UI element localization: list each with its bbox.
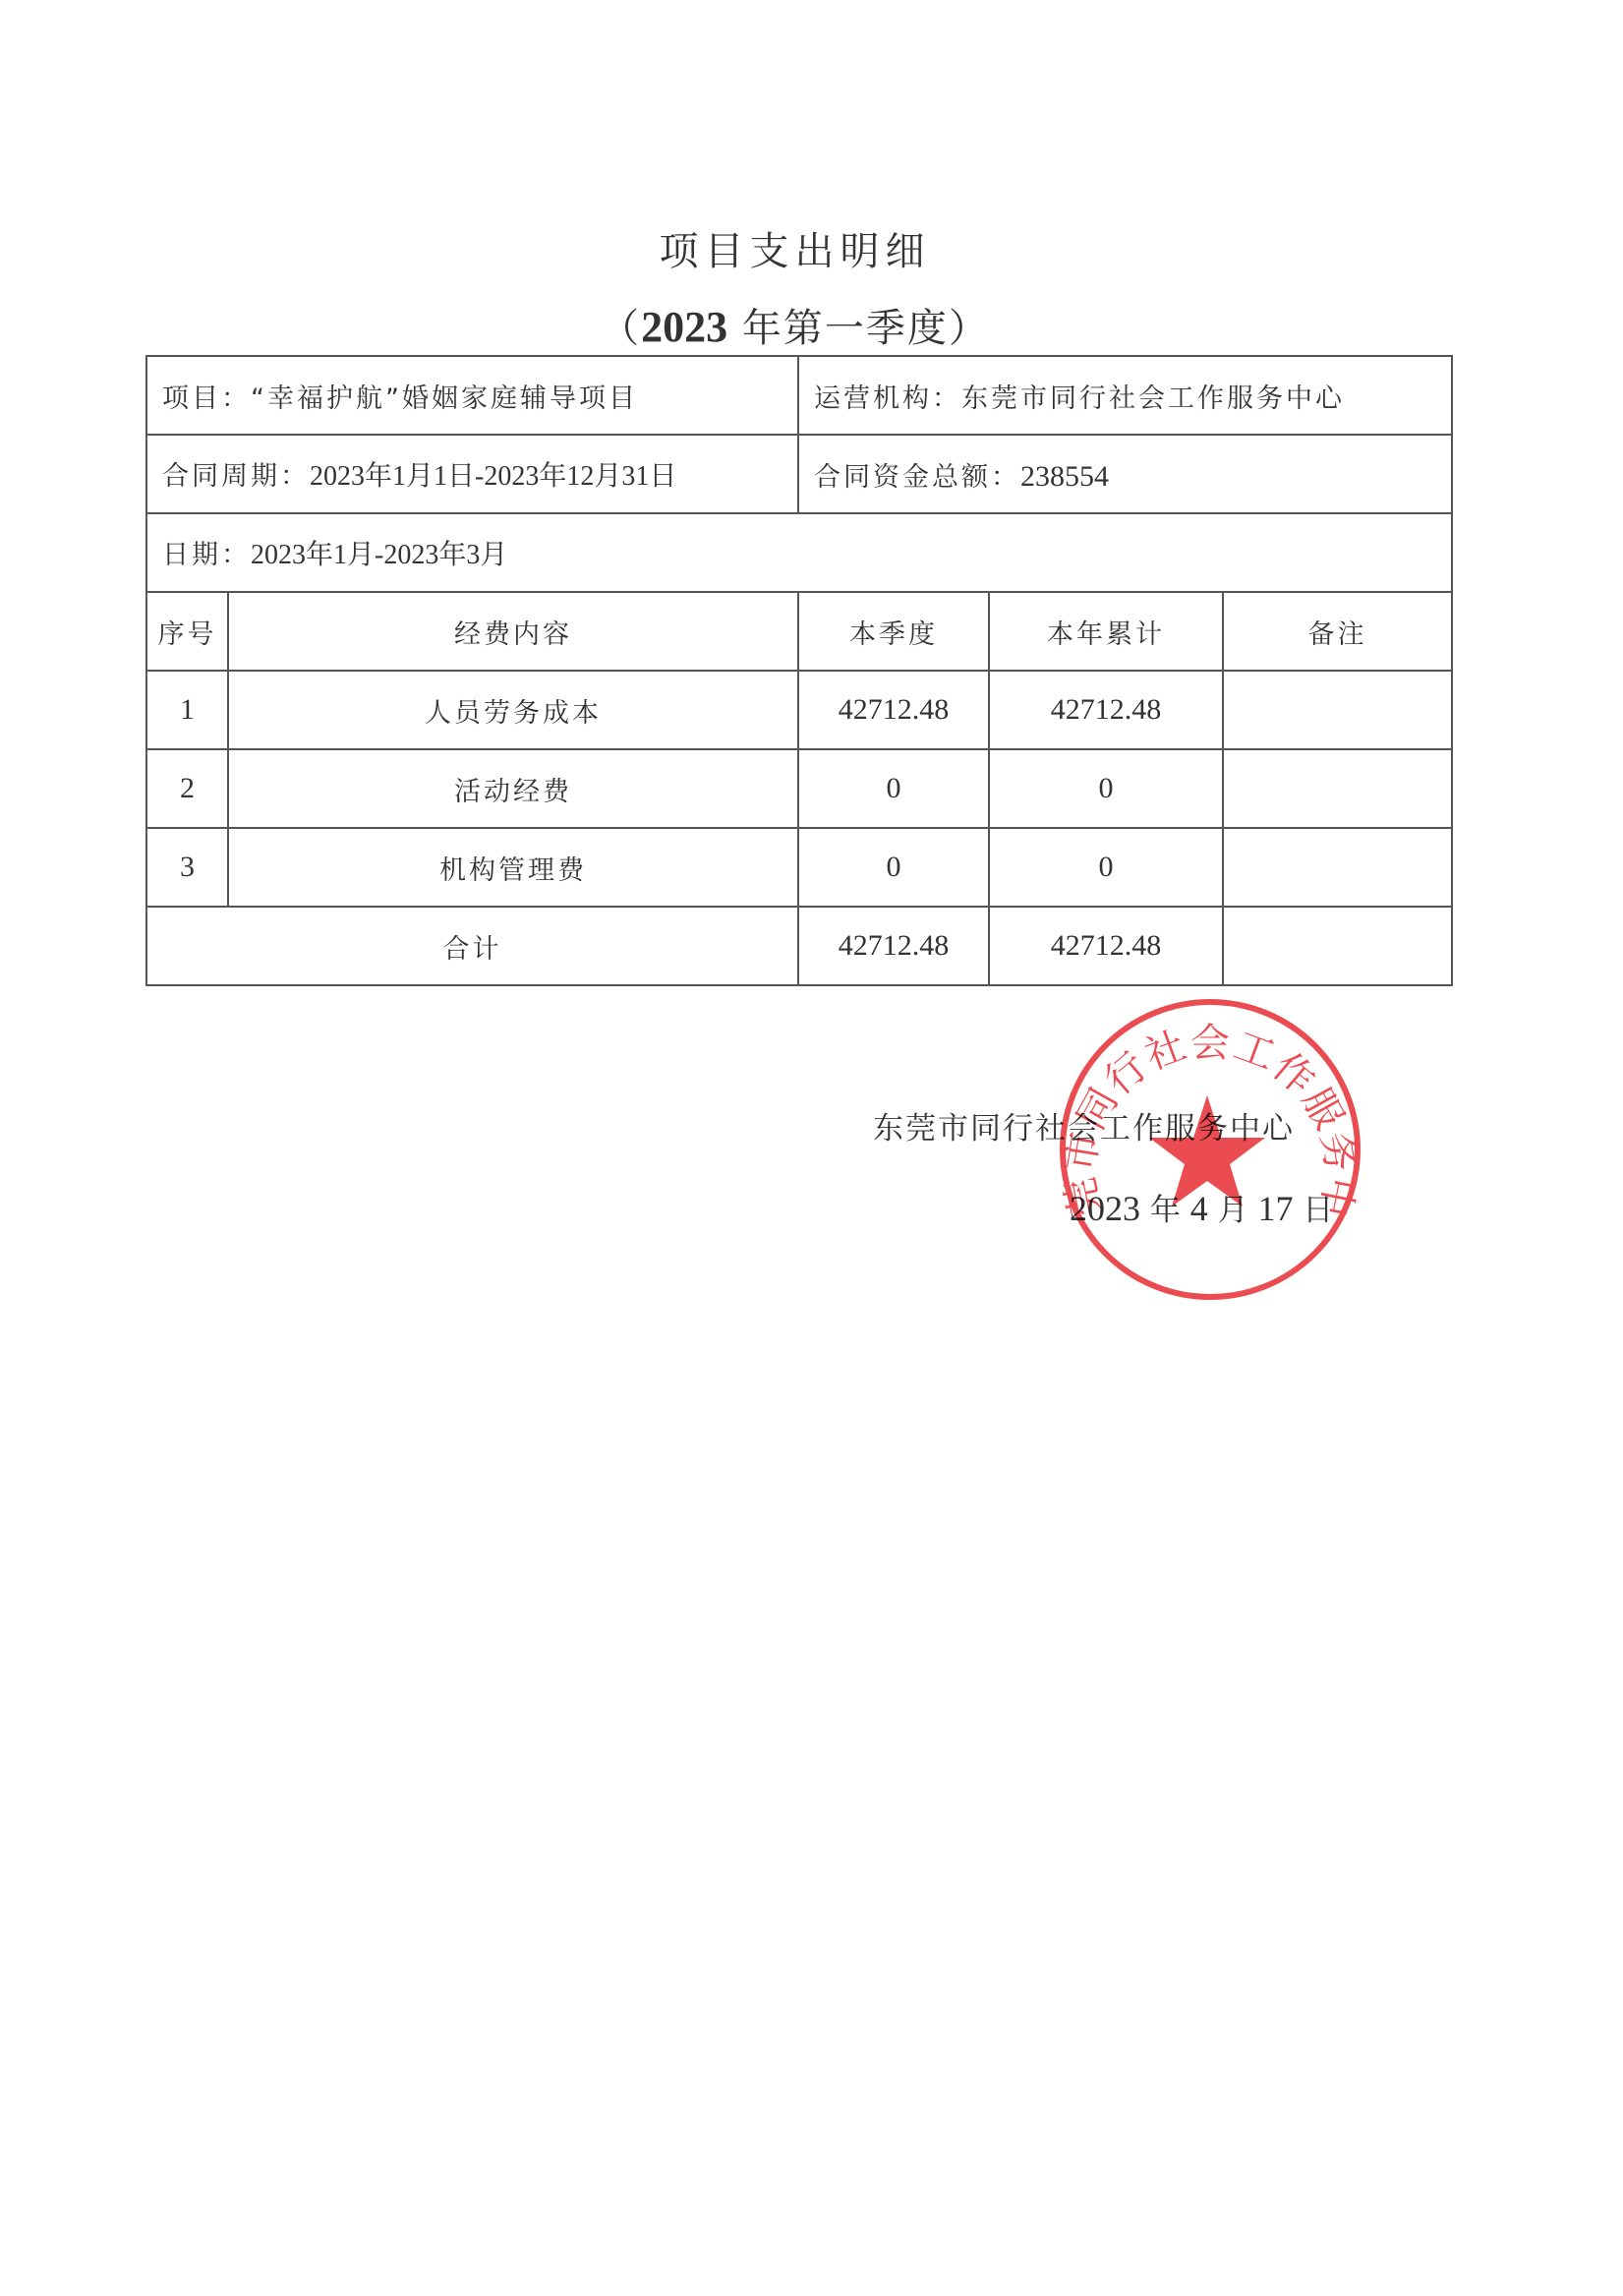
subtitle-close-paren: ） <box>949 306 990 351</box>
row-ytd: 0 <box>989 749 1223 828</box>
table-row: 3 机构管理费 0 0 <box>146 828 1452 907</box>
total-quarter: 42712.48 <box>798 907 989 985</box>
header-note: 备注 <box>1223 592 1452 671</box>
row-item: 人员劳务成本 <box>228 671 798 749</box>
project-value: “幸福护航”婚姻家庭辅导项目 <box>251 383 638 414</box>
contract-period-label: 合同周期： <box>162 461 310 492</box>
info-row-date: 日期：2023年1月-2023年3月 <box>146 513 1452 592</box>
contract-period-cell: 合同周期：2023年1月1日-2023年12月31日 <box>146 435 798 513</box>
total-ytd: 42712.48 <box>989 907 1223 985</box>
table-total-row: 合计 42712.48 42712.48 <box>146 907 1452 985</box>
subtitle-year: 2023 <box>641 303 727 351</box>
expense-table: 项目：“幸福护航”婚姻家庭辅导项目 运营机构：东莞市同行社会工作服务中心 合同周… <box>145 355 1453 986</box>
date-cell: 日期：2023年1月-2023年3月 <box>146 513 1452 592</box>
row-note <box>1223 671 1452 749</box>
subtitle-quarter: 年第一季度 <box>727 306 949 351</box>
row-no: 2 <box>146 749 228 828</box>
row-item: 活动经费 <box>228 749 798 828</box>
row-note <box>1223 749 1452 828</box>
row-quarter: 42712.48 <box>798 671 989 749</box>
row-note <box>1223 828 1452 907</box>
operator-value: 东莞市同行社会工作服务中心 <box>961 383 1345 414</box>
contract-total-value: 238554 <box>1020 460 1109 493</box>
document-title: 项目支出明细 <box>0 220 1590 276</box>
row-item: 机构管理费 <box>228 828 798 907</box>
subtitle-open-paren: （ <box>600 306 641 351</box>
table-row: 1 人员劳务成本 42712.48 42712.48 <box>146 671 1452 749</box>
row-quarter: 0 <box>798 828 989 907</box>
row-ytd: 0 <box>989 828 1223 907</box>
contract-total-cell: 合同资金总额：238554 <box>798 435 1452 513</box>
total-label: 合计 <box>146 907 798 985</box>
table-row: 2 活动经费 0 0 <box>146 749 1452 828</box>
date-value: 2023年1月-2023年3月 <box>251 540 507 570</box>
header-ytd: 本年累计 <box>989 592 1223 671</box>
project-cell: 项目：“幸福护航”婚姻家庭辅导项目 <box>146 356 798 435</box>
total-note <box>1223 907 1452 985</box>
header-no: 序号 <box>146 592 228 671</box>
header-item: 经费内容 <box>228 592 798 671</box>
document-subtitle: （2023 年第一季度） <box>0 297 1590 353</box>
official-seal-stamp: 东莞市同行社会工作服务中心 <box>1058 997 1362 1302</box>
row-quarter: 0 <box>798 749 989 828</box>
info-row-project: 项目：“幸福护航”婚姻家庭辅导项目 运营机构：东莞市同行社会工作服务中心 <box>146 356 1452 435</box>
operator-cell: 运营机构：东莞市同行社会工作服务中心 <box>798 356 1452 435</box>
row-no: 3 <box>146 828 228 907</box>
row-no: 1 <box>146 671 228 749</box>
table-header-row: 序号 经费内容 本季度 本年累计 备注 <box>146 592 1452 671</box>
row-ytd: 42712.48 <box>989 671 1223 749</box>
contract-period-value: 2023年1月1日-2023年12月31日 <box>310 461 676 492</box>
header-quarter: 本季度 <box>798 592 989 671</box>
project-label: 项目： <box>162 383 251 414</box>
star-icon <box>1149 1095 1265 1207</box>
info-row-contract: 合同周期：2023年1月1日-2023年12月31日 合同资金总额：238554 <box>146 435 1452 513</box>
contract-total-label: 合同资金总额： <box>814 462 1020 493</box>
operator-label: 运营机构： <box>814 383 961 414</box>
date-label: 日期： <box>162 540 251 570</box>
